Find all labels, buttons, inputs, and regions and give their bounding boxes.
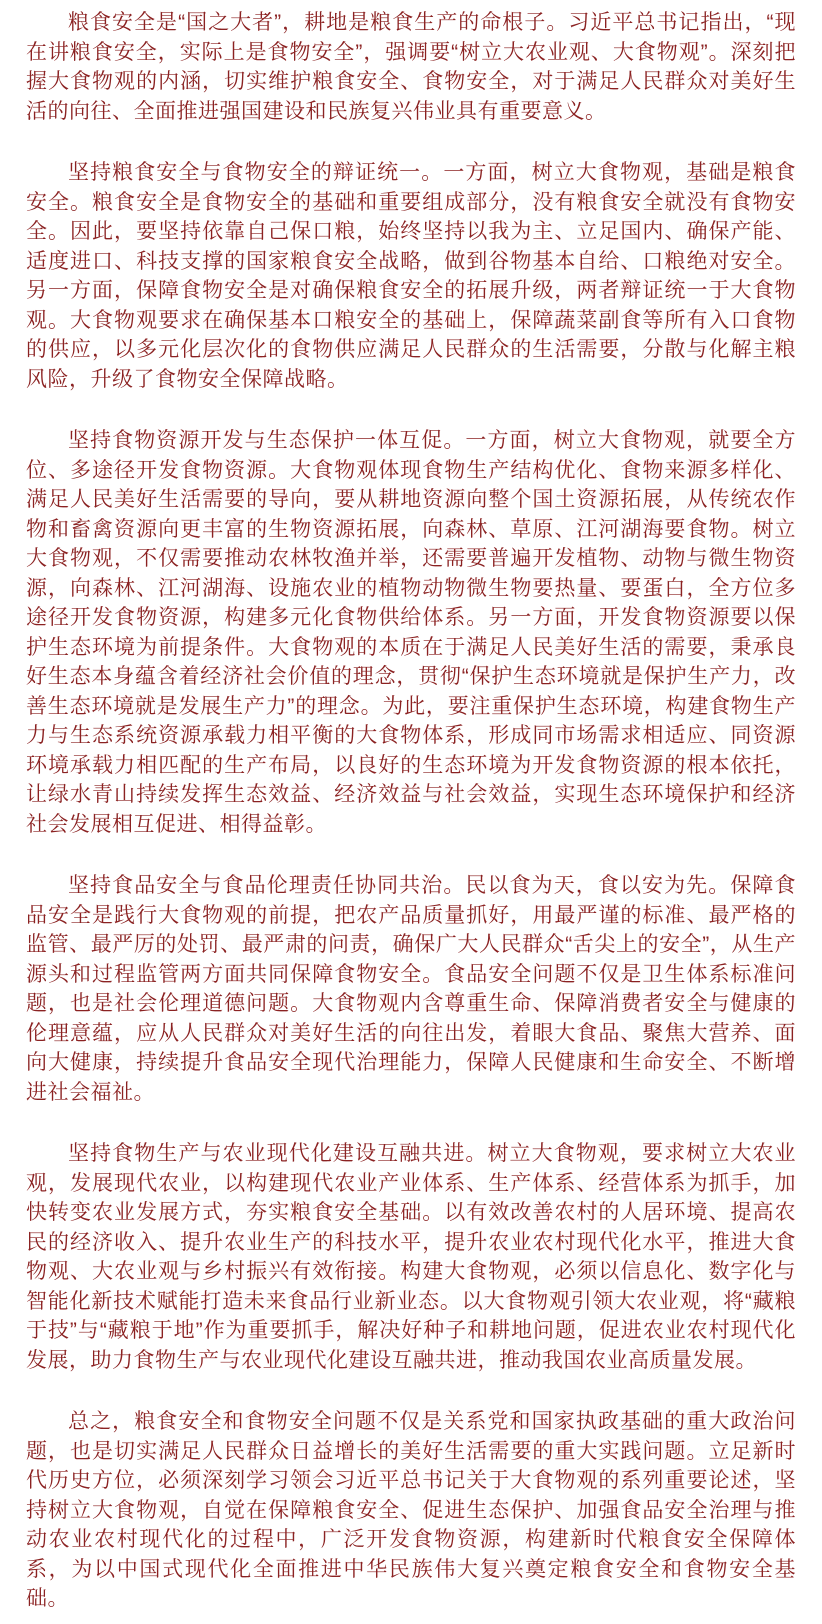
paragraph-intro: 粮食安全是“国之大者”，耕地是粮食生产的命根子。习近平总书记指出，“现在讲粮食安… bbox=[26, 8, 796, 126]
paragraph-food-grain-unity: 坚持粮食安全与食物安全的辩证统一。一方面，树立大食物观，基础是粮食安全。粮食安全… bbox=[26, 158, 796, 394]
paragraph-conclusion: 总之，粮食安全和食物安全问题不仅是关系党和国家执政基础的重大政治问题，也是切实满… bbox=[26, 1407, 796, 1614]
article-page: 粮食安全是“国之大者”，耕地是粮食生产的命根子。习近平总书记指出，“现在讲粮食安… bbox=[0, 0, 822, 1624]
paragraph-agriculture-modernization: 坚持食物生产与农业现代化建设互融共进。树立大食物观，要求树立大农业观，发展现代农… bbox=[26, 1139, 796, 1375]
paragraph-food-safety-ethics: 坚持食品安全与食品伦理责任协同共治。民以食为天，食以安为先。保障食品安全是践行大… bbox=[26, 871, 796, 1107]
paragraph-resource-ecology: 坚持食物资源开发与生态保护一体互促。一方面，树立大食物观，就要全方位、多途径开发… bbox=[26, 426, 796, 839]
article-body: 粮食安全是“国之大者”，耕地是粮食生产的命根子。习近平总书记指出，“现在讲粮食安… bbox=[26, 8, 796, 1614]
